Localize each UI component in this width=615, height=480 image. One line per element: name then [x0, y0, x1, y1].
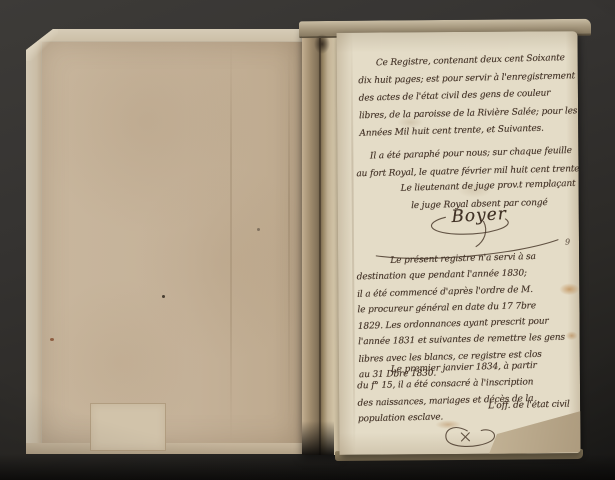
manuscript-text-block: Ce Registre, contenant deux cent Soixant… [337, 31, 581, 455]
cover-crease [230, 41, 232, 443]
corner-fold [24, 27, 58, 61]
ink-speck [162, 295, 165, 298]
cover-board-surface [41, 41, 304, 443]
ink-speck [272, 454, 275, 457]
closing-attribution: L'off. de l'état civil [488, 400, 570, 412]
ink-smudge [314, 34, 330, 54]
ink-speck [50, 338, 54, 341]
para-register-purpose: Ce Registre, contenant deux cent Soixant… [358, 53, 578, 146]
left-page-inside-cover [26, 29, 304, 454]
ink-speck [257, 228, 260, 231]
book-gutter [302, 27, 340, 455]
stray-ink-mark: 9 [565, 237, 570, 246]
scan-background: Ce Registre, contenant deux cent Soixant… [0, 0, 615, 480]
cover-crease [288, 41, 290, 443]
cover-turn-in-left [26, 29, 42, 454]
cover-turn-in-top [26, 29, 304, 42]
right-page-manuscript: Ce Registre, contenant deux cent Soixant… [337, 31, 581, 455]
paper-patch [90, 403, 166, 451]
